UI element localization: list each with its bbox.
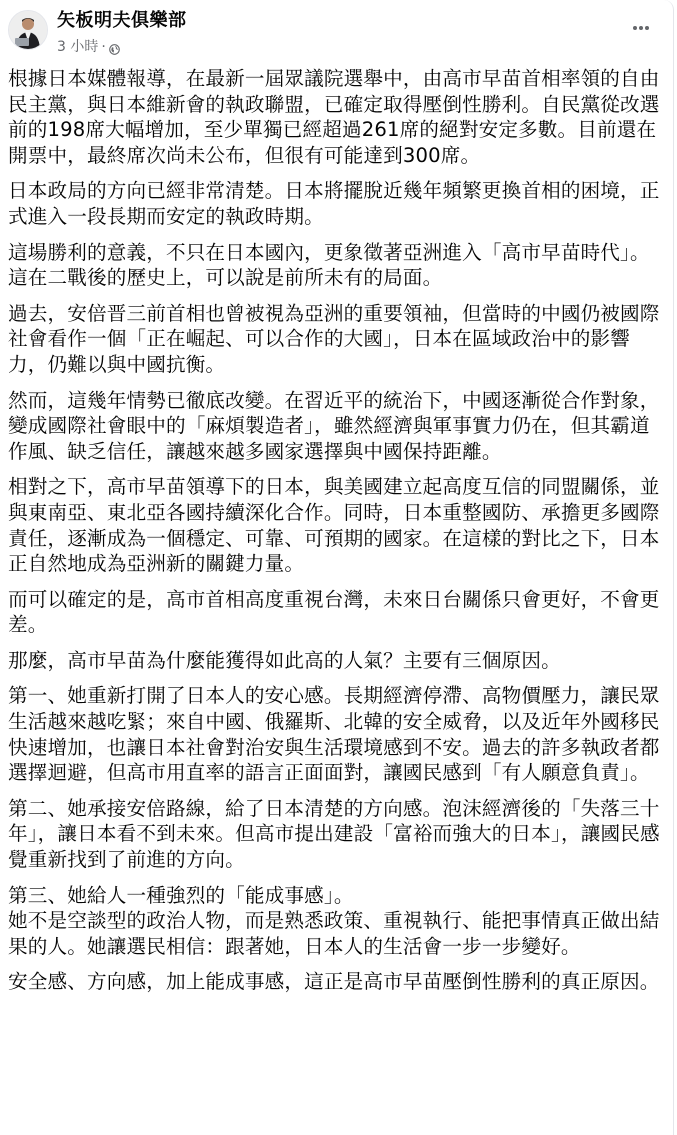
post-paragraph: 然而，這幾年情勢已徹底改變。在習近平的統治下，中國逐漸從合作對象，變成國際社會眼… [8,388,664,465]
person-avatar-icon [9,11,47,49]
post-paragraph: 過去，安倍晋三前首相也曾被視為亞洲的重要領袖，但當時的中國仍被國際社會看作一個「… [8,301,664,378]
post-paragraph: 那麼，高市早苗為什麼能獲得如此高的人氣？主要有三個原因。 [8,648,664,674]
post-paragraph: 這場勝利的意義，不只在日本國內，更象徵著亞洲進入「高市早苗時代」。這在二戰後的歷… [8,240,664,291]
globe-icon[interactable] [109,42,120,53]
author-avatar[interactable] [8,10,48,50]
post-body: 根據日本媒體報導，在最新一屆眾議院選舉中，由高市早苗首相率領的自由民主黨，與日本… [8,66,664,1005]
more-options-dot [645,26,649,30]
post-paragraph: 日本政局的方向已經非常清楚。日本將擺脫近幾年頻繁更換首相的困境，正式進入一段長期… [8,178,664,229]
post-header: 矢板明夫俱樂部 3 小時 · [0,0,673,62]
author-name[interactable]: 矢板明夫俱樂部 [57,10,187,32]
post-paragraph: 根據日本媒體報導，在最新一屆眾議院選舉中，由高市早苗首相率領的自由民主黨，與日本… [8,66,664,168]
more-options-icon [633,26,637,30]
more-options-dot [639,26,643,30]
post-paragraph: 相對之下，高市早苗領導下的日本，與美國建立起高度互信的同盟關係，並與東南亞、東北… [8,474,664,576]
post-paragraph: 第一、她重新打開了日本人的安心感。長期經濟停滯、高物價壓力，讓民眾生活越來越吃緊… [8,683,664,785]
post-paragraph: 第三、她給人一種強烈的「能成事感」。 她不是空談型的政治人物，而是熟悉政策、重視… [8,883,664,960]
meta-separator: · [101,38,105,56]
facebook-post-card: 矢板明夫俱樂部 3 小時 · 根據日本媒體報導，在最新一屆眾議院選舉中，由高市早… [0,0,674,1135]
more-options-button[interactable] [631,18,651,38]
post-paragraph: 而可以確定的是，高市首相高度重視台灣，未來日台關係只會更好，不會更差。 [8,587,664,638]
post-meta: 3 小時 · [57,38,120,56]
post-paragraph: 第二、她承接安倍路線，給了日本清楚的方向感。泡沫經濟後的「失落三十年」，讓日本看… [8,796,664,873]
post-paragraph: 安全感、方向感，加上能成事感，這正是高市早苗壓倒性勝利的真正原因。 [8,969,664,995]
post-timestamp[interactable]: 3 小時 [57,38,98,56]
